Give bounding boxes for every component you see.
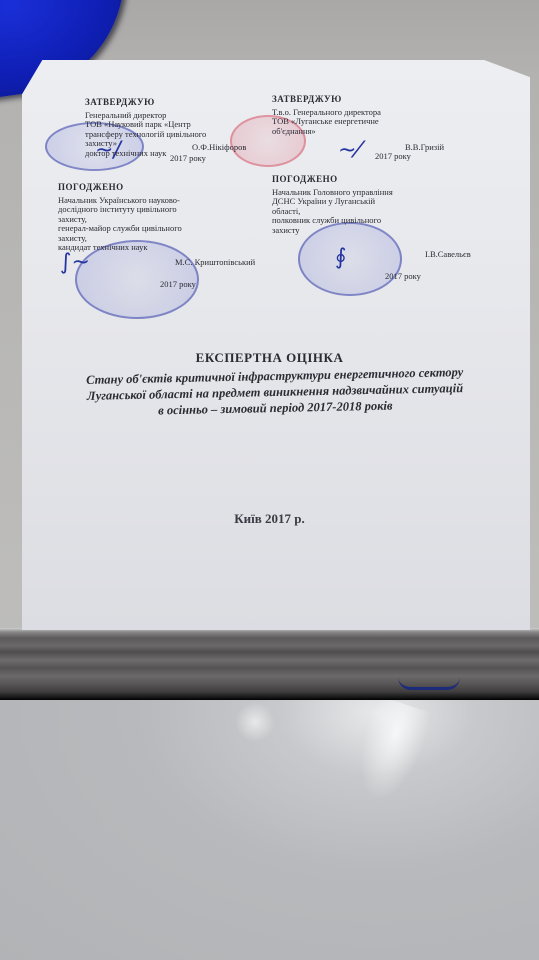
agreement-line: генерал-майор служби цивільного [58, 224, 258, 234]
agreement-line: кандидат технічних наук [58, 243, 258, 253]
signature: ~⁄ [338, 138, 360, 163]
approval-block-right: ЗАТВЕРДЖУЮ Т.в.о. Генерального директора… [272, 95, 472, 136]
agreement-line: захисту [272, 226, 482, 236]
place-and-year: Київ 2017 р. [0, 511, 539, 527]
agreement-line: дослідного інституту цивільного [58, 205, 258, 215]
agreement-block-right: ПОГОДЖЕНО Начальник Головного управління… [272, 175, 482, 235]
approval-heading: ЗАТВЕРДЖУЮ [272, 95, 472, 105]
light-glare [235, 702, 275, 742]
signatory-name: І.В.Савельєв [425, 250, 471, 260]
signature: ∫~ [60, 250, 90, 275]
paper-stack-edge [0, 628, 539, 700]
date-suffix: 2017 року [385, 272, 421, 282]
agreement-line: полковник служби цивільного [272, 216, 482, 226]
date-suffix: 2017 року [375, 152, 411, 162]
agreement-heading: ПОГОДЖЕНО [272, 175, 482, 185]
approval-line: об'єднання» [272, 127, 472, 137]
pen-mark [398, 677, 460, 690]
agreement-line: ДСНС України у Луганській [272, 197, 482, 207]
date-suffix: 2017 року [170, 154, 206, 164]
signatory-name: О.Ф.Нікіфоров [192, 143, 246, 153]
date-suffix: 2017 року [160, 280, 196, 290]
signature: ∮ [335, 245, 346, 270]
agreement-heading: ПОГОДЖЕНО [58, 183, 258, 193]
approval-heading: ЗАТВЕРДЖУЮ [85, 98, 265, 108]
agreement-block-left: ПОГОДЖЕНО Начальник Українського науково… [58, 183, 258, 253]
signatory-name: М.С. Криштопівський [175, 258, 255, 268]
